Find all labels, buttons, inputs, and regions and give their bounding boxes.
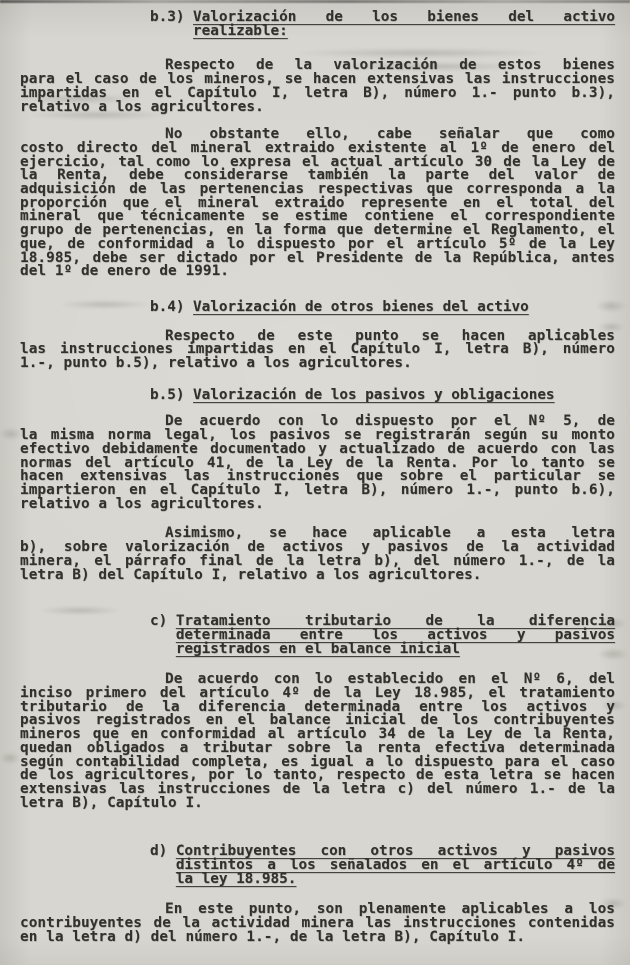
heading-line: realizable: [193,25,615,39]
scanned-document-page: b.3)Valorización de los bienes del activ… [0,0,630,965]
heading-label: d) [150,845,167,859]
paragraph-b3-1: Respecto de la valorización de estos bie… [20,59,615,114]
paragraph-line: del 1º de enero de 1991. [20,265,615,279]
heading-line: Valorización de otros bienes del activo [193,301,615,315]
paragraph-b4-1: Respecto de este punto se hacen aplicabl… [20,330,615,371]
paragraph-line: 1.-, punto b.5), relativo a los agricult… [20,357,615,371]
heading-line: Valorización de los pasivos y obligacion… [193,389,615,403]
heading-c-tratamiento-tributario: c)Tratamiento tributario de la diferenci… [150,615,615,656]
paragraph-line: relativo a los agricultores. [20,101,615,115]
paragraph-b5-2: Asimismo, se hace aplicable a esta letra… [20,527,615,582]
heading-b3-valorizacion-bienes-activo-realizable: b.3)Valorización de los bienes del activ… [150,11,615,38]
paragraph-line: letra B), Capítulo I. [20,797,615,811]
paragraph-b5-1: De acuerdo con lo dispuesto por el Nº 5,… [20,415,615,511]
heading-label: b.4) [150,301,184,315]
paragraph-b3-2: No obstante ello, cabe señalar que comoc… [20,128,615,279]
paragraph-c-1: De acuerdo con lo establecido en el Nº 6… [20,673,615,810]
paragraph-d-1: En este punto, son plenamente aplicables… [20,903,615,944]
paragraph-line: relativo a los agricultores. [20,498,615,512]
paragraph-line: letra B) del Capítulo I, relativo a los … [20,569,615,583]
heading-d-contribuyentes-otros-activos: d)Contribuyentes con otros activos y pas… [150,845,615,886]
heading-label: b.5) [150,389,184,403]
paragraph-line: en la letra d) del número 1.-, de la let… [20,931,615,945]
heading-line: la ley 18.985. [176,873,615,887]
heading-b4-valorizacion-otros-bienes: b.4)Valorización de otros bienes del act… [150,301,615,315]
heading-line: registrados en el balance inicial [176,643,615,657]
document-body: b.3)Valorización de los bienes del activ… [0,0,630,945]
heading-label: c) [150,615,167,629]
heading-b5-valorizacion-pasivos: b.5)Valorización de los pasivos y obliga… [150,389,615,403]
heading-label: b.3) [150,11,184,25]
